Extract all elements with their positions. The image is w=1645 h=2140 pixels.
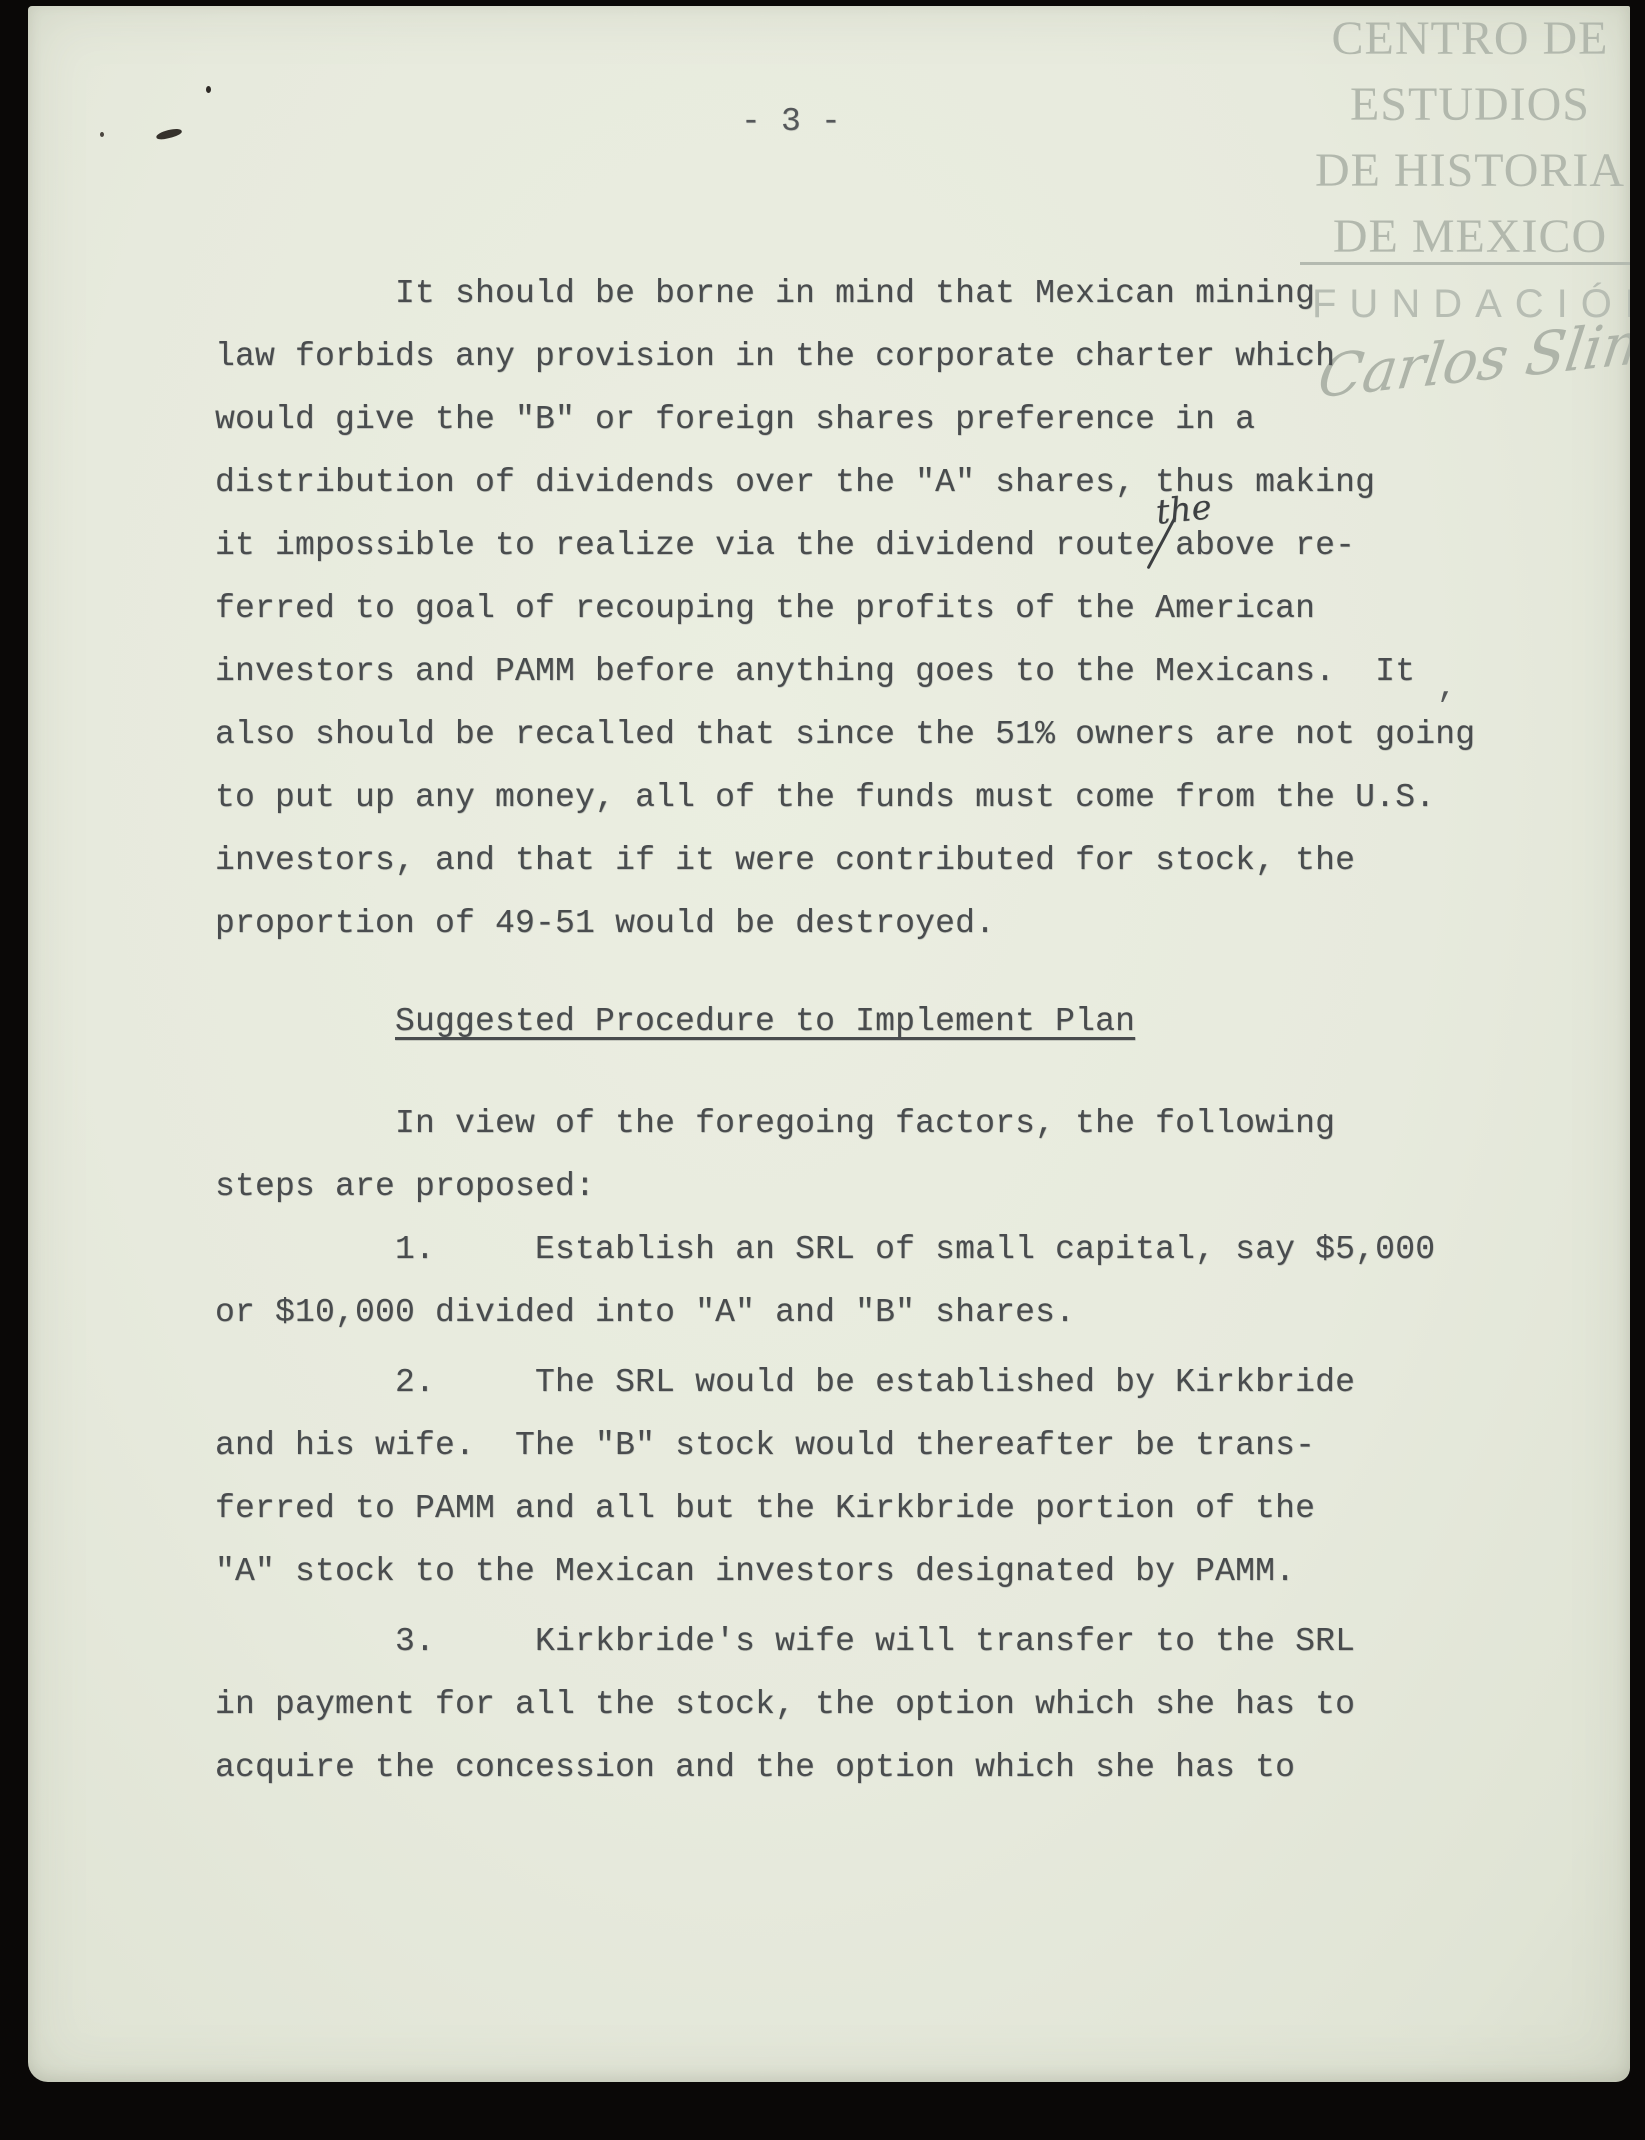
text-line: proportion of 49-51 would be destroyed. xyxy=(215,892,1630,955)
text-line: "A" stock to the Mexican investors desig… xyxy=(215,1540,1630,1603)
ink-speck xyxy=(155,127,182,141)
text-line: steps are proposed: xyxy=(215,1155,1630,1218)
paper-sheet: - 3 - CENTRO DE ESTUDIOS DE HISTORIA DE … xyxy=(28,6,1630,2082)
text-line: law forbids any provision in the corpora… xyxy=(215,325,1630,388)
text-line: In view of the foregoing factors, the fo… xyxy=(215,1092,1630,1155)
text-line: distribution of dividends over the "A" s… xyxy=(215,451,1630,514)
text-line: ferred to PAMM and all but the Kirkbride… xyxy=(215,1477,1630,1540)
section-heading: Suggested Procedure to Implement Plan xyxy=(215,990,1630,1053)
text-line: 2. The SRL would be established by Kirkb… xyxy=(215,1351,1630,1414)
text-line: and his wife. The "B" stock would therea… xyxy=(215,1414,1630,1477)
text-line: investors, and that if it were contribut… xyxy=(215,829,1630,892)
stray-ink-mark: , xyxy=(1437,656,1457,719)
text-line: or $10,000 divided into "A" and "B" shar… xyxy=(215,1281,1630,1344)
text-line: It should be borne in mind that Mexican … xyxy=(215,262,1630,325)
text-line: also should be recalled that since the 5… xyxy=(215,703,1630,766)
watermark-line: DE HISTORIA xyxy=(1300,138,1630,204)
text-line: in payment for all the stock, the option… xyxy=(215,1673,1630,1736)
text-line: 3. Kirkbride's wife will transfer to the… xyxy=(215,1610,1630,1673)
watermark-line: CENTRO DE xyxy=(1300,6,1630,72)
watermark-organization: CENTRO DE ESTUDIOS DE HISTORIA DE MEXICO xyxy=(1300,6,1630,270)
ink-speck xyxy=(100,132,104,137)
text-line: ferred to goal of recouping the profits … xyxy=(215,577,1630,640)
watermark-line: ESTUDIOS xyxy=(1300,72,1630,138)
ink-speck xyxy=(206,86,211,93)
text-line: acquire the concession and the option wh… xyxy=(215,1736,1630,1799)
watermark-line: DE MEXICO xyxy=(1300,204,1630,270)
typewritten-body: It should be borne in mind that Mexican … xyxy=(215,262,1630,1799)
text-line: to put up any money, all of the funds mu… xyxy=(215,766,1630,829)
text-line: it impossible to realize via the dividen… xyxy=(215,514,1630,577)
text-line: would give the "B" or foreign shares pre… xyxy=(215,388,1630,451)
handwritten-insertion: the xyxy=(1154,487,1214,533)
text-line: investors and PAMM before anything goes … xyxy=(215,640,1630,703)
text-line: 1. Establish an SRL of small capital, sa… xyxy=(215,1218,1630,1281)
page-number: - 3 - xyxy=(741,90,841,153)
scanned-document: - 3 - CENTRO DE ESTUDIOS DE HISTORIA DE … xyxy=(0,0,1645,2140)
